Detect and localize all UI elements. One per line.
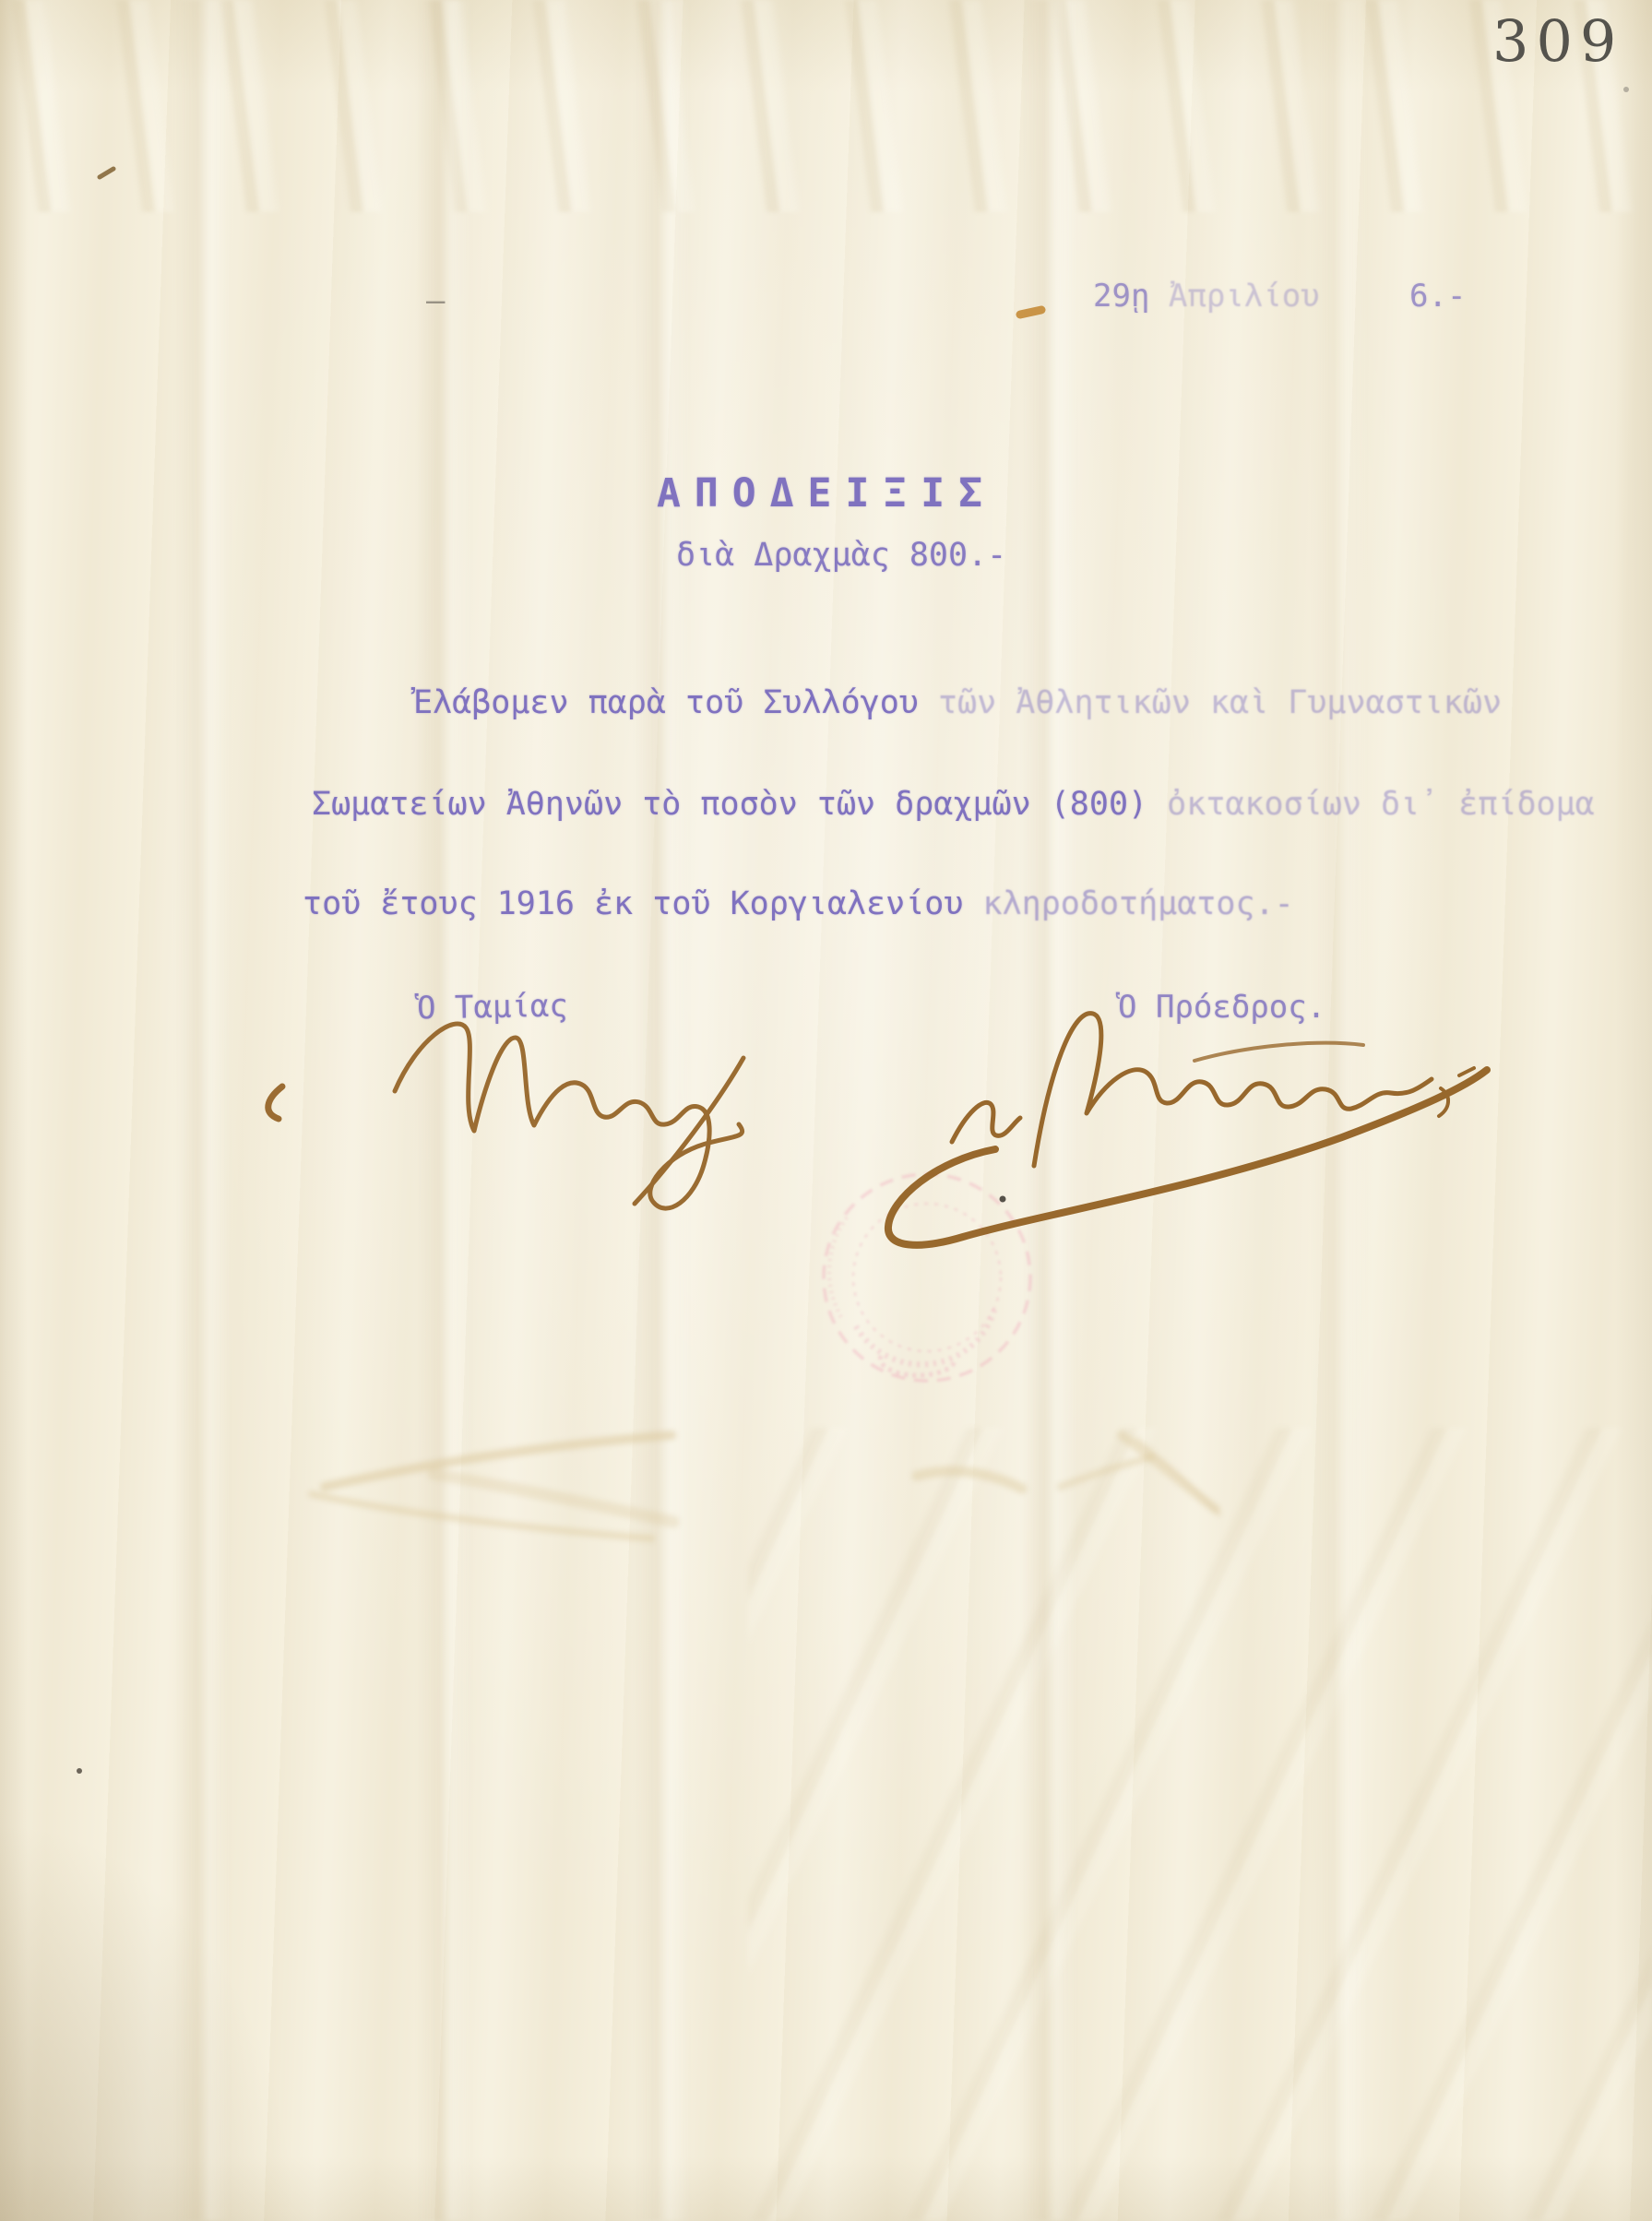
ink-overlay: [0, 0, 1652, 2221]
body-line-3: τοῦ ἔτους 1916 ἐκ τοῦ Κοργιαλενίου κληρο…: [303, 885, 1294, 922]
paper-specks: [77, 87, 1629, 1774]
body-line-3-faded: κληροδοτήματος.-: [983, 885, 1294, 922]
paper-crease: [417, 0, 472, 2221]
body-line-3-strong: τοῦ ἔτους 1916 ἐκ τοῦ Κοργιαλενίου: [303, 885, 983, 922]
signature-underline-flourish: [888, 1070, 1487, 1245]
paper-crease: [1022, 0, 1077, 2221]
paper-crease: [175, 0, 231, 2221]
show-through-marks: [312, 1435, 1219, 1538]
orange-ink-mark: [1020, 310, 1041, 315]
paper-texture-bottom-wrinkles: [748, 1428, 1652, 2221]
reference-number: 6.-: [1409, 278, 1466, 315]
paper-crease: [1312, 0, 1367, 2221]
scanned-receipt-page: 309 – 29ῃ Ἀπριλίου 6.- ΑΠΟΔΕΙΞΙΣ διὰ Δρα…: [0, 0, 1652, 2221]
date-text: 29ῃ Ἀπριλίου: [1093, 278, 1320, 315]
treasurer-label: Ὁ Ταμίας: [417, 988, 568, 1027]
body-line-2-faded: ὀκτακοσίων δι᾽ ἐπίδομα: [1167, 786, 1595, 823]
paper-crease: [635, 0, 690, 2221]
round-stamp: [824, 1174, 1030, 1381]
president-signature: [888, 1014, 1487, 1245]
body-line-1-faded: τῶν Ἀθλητικῶν καὶ Γυμναστικῶν: [938, 684, 1502, 721]
page-number: 309: [1492, 7, 1623, 75]
body-line-1: Ἐλάβομεν παρὰ τοῦ Συλλόγου τῶν Ἀθλητικῶν…: [413, 684, 1502, 721]
paper-corner-shadow: [0, 1797, 314, 2221]
body-line-2-strong: Σωματείων Ἀθηνῶν τὸ ποσὸν τῶν δραχμῶν (8…: [312, 786, 1167, 823]
president-label: Ὁ Πρόεδρος.: [1118, 989, 1325, 1026]
document-subtitle: διὰ Δραχμὰς 800.-: [676, 537, 1006, 574]
body-line-1-strong: Ἐλάβομεν παρὰ τοῦ Συλλόγου: [413, 684, 938, 721]
paper-texture-top-wrinkles: [0, 0, 1652, 212]
body-line-2: Σωματείων Ἀθηνῶν τὸ ποσὸν τῶν δραχμῶν (8…: [312, 786, 1595, 823]
pen-dash-mark: –: [426, 282, 445, 319]
date-month: Ἀπριλίου: [1169, 278, 1320, 315]
document-title: ΑΠΟΔΕΙΞΙΣ: [657, 470, 996, 517]
date-day: 29ῃ: [1093, 278, 1169, 315]
treasurer-signature: [268, 1024, 743, 1208]
